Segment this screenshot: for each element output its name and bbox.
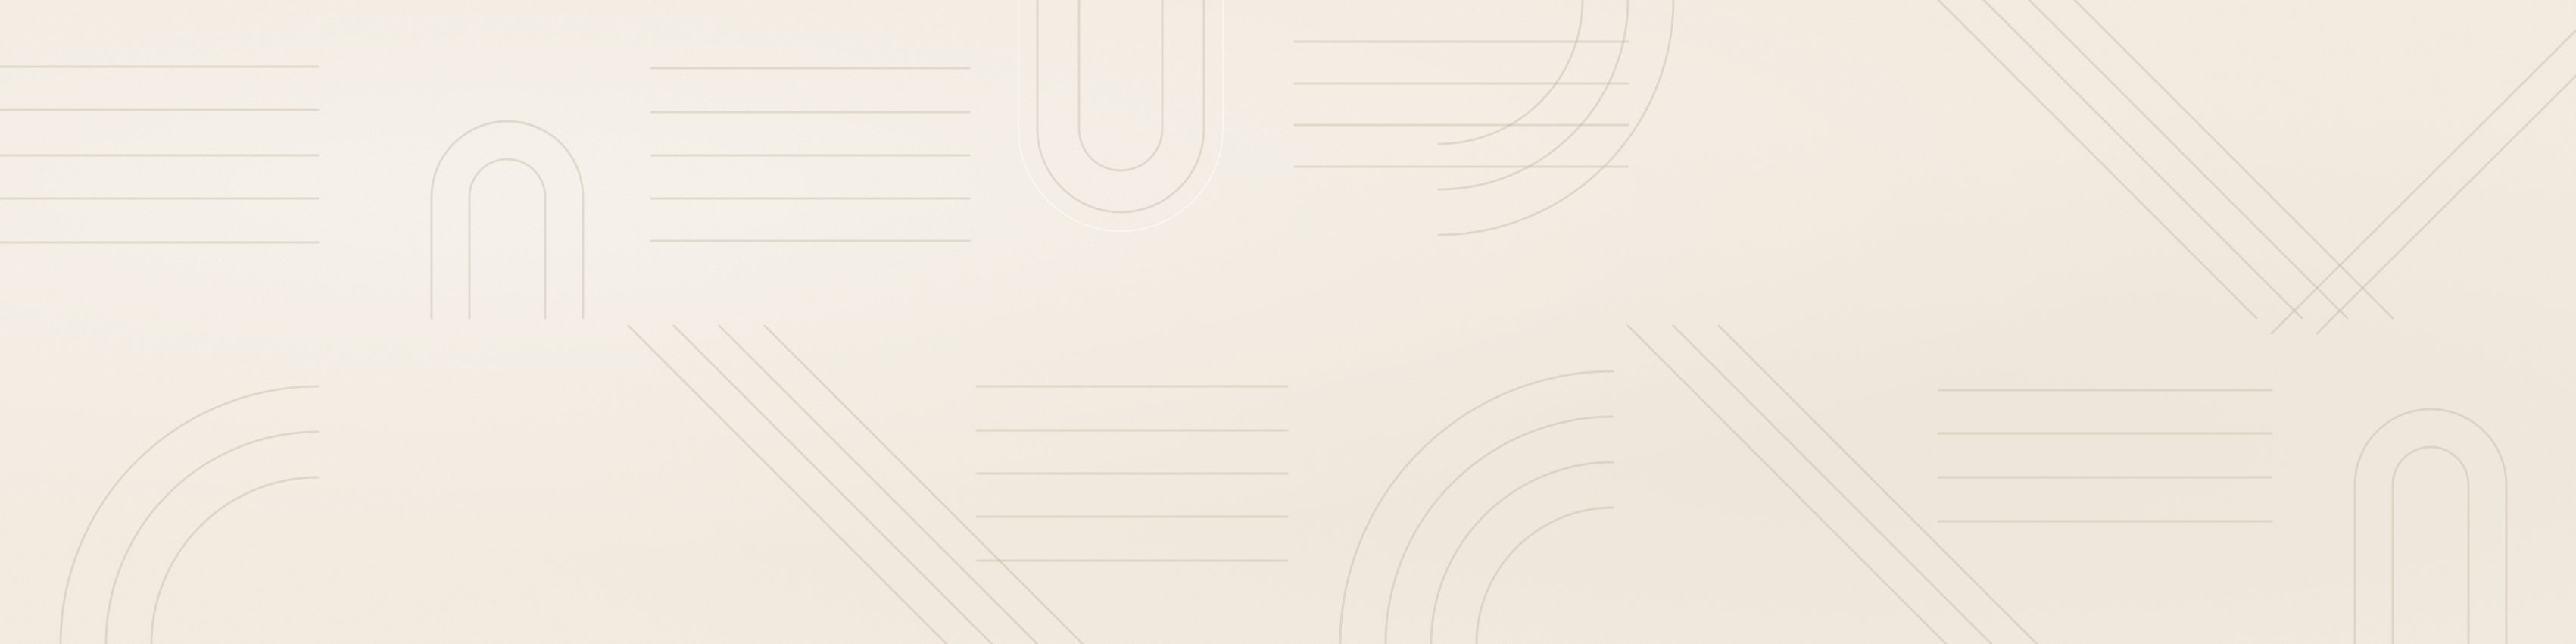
speckle-overlay bbox=[0, 0, 2576, 644]
relief-pattern bbox=[0, 0, 2576, 644]
embossed-tile-texture bbox=[0, 0, 2576, 644]
